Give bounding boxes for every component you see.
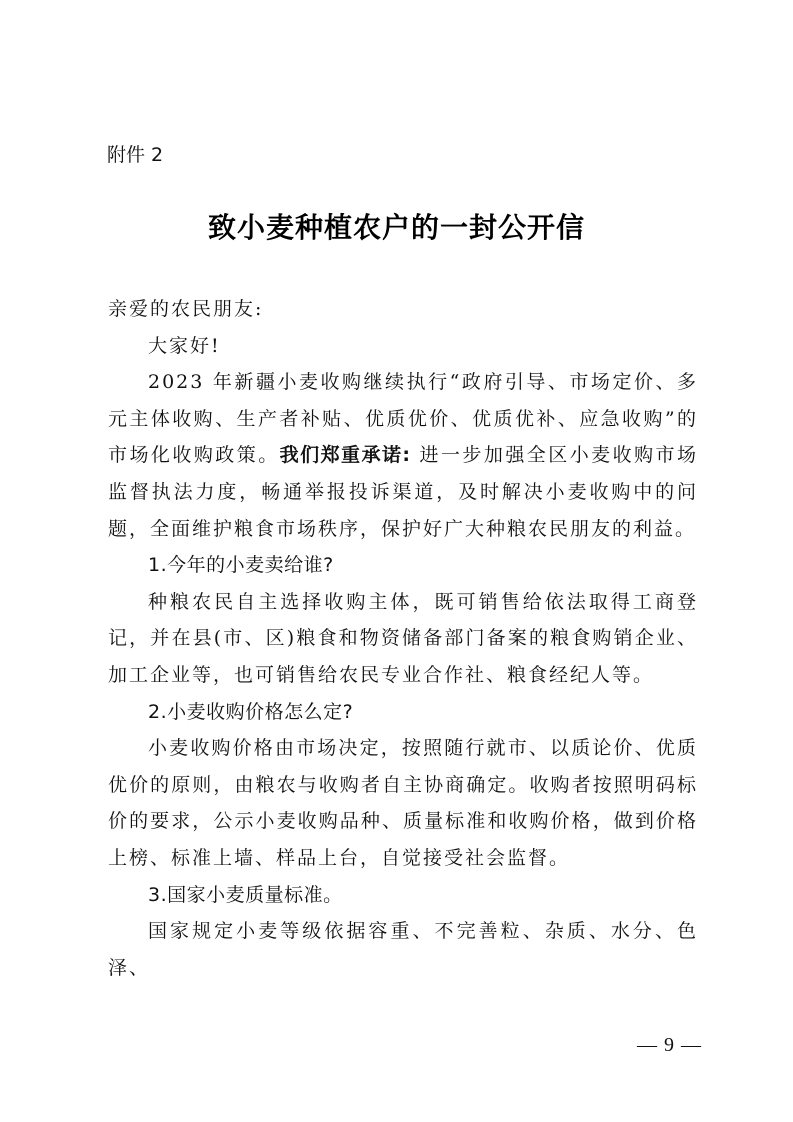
attachment-label: 附件 2 (107, 141, 163, 169)
commitment-bold: 我们郑重承诺: (280, 444, 411, 466)
document-title: 致小麦种植农户的一封公开信 (0, 208, 793, 248)
section-heading-3: 3.国家小麦质量标准。 (108, 877, 698, 914)
section-text-2: 小麦收购价格由市场决定，按照随行就市、以质论价、优质优价的原则，由粮农与收购者自… (108, 730, 698, 876)
document-page: 附件 2 致小麦种植农户的一封公开信 亲爱的农民朋友: 大家好! 2023 年新… (0, 0, 793, 1122)
page-number: — 9 — (637, 1033, 702, 1057)
greeting: 大家好! (108, 328, 698, 365)
section-heading-2: 2.小麦收购价格怎么定? (108, 694, 698, 731)
intro-paragraph: 2023 年新疆小麦收购继续执行“政府引导、市场定价、多元主体收购、生产者补贴、… (108, 364, 698, 547)
section-heading-1: 1.今年的小麦卖给谁? (108, 547, 698, 584)
letter-body: 亲爱的农民朋友: 大家好! 2023 年新疆小麦收购继续执行“政府引导、市场定价… (108, 291, 698, 986)
salutation: 亲爱的农民朋友: (108, 291, 698, 328)
section-text-3: 国家规定小麦等级依据容重、不完善粒、杂质、水分、色泽、 (108, 913, 698, 986)
section-text-1: 种粮农民自主选择收购主体，既可销售给依法取得工商登记，并在县(市、区)粮食和物资… (108, 584, 698, 694)
